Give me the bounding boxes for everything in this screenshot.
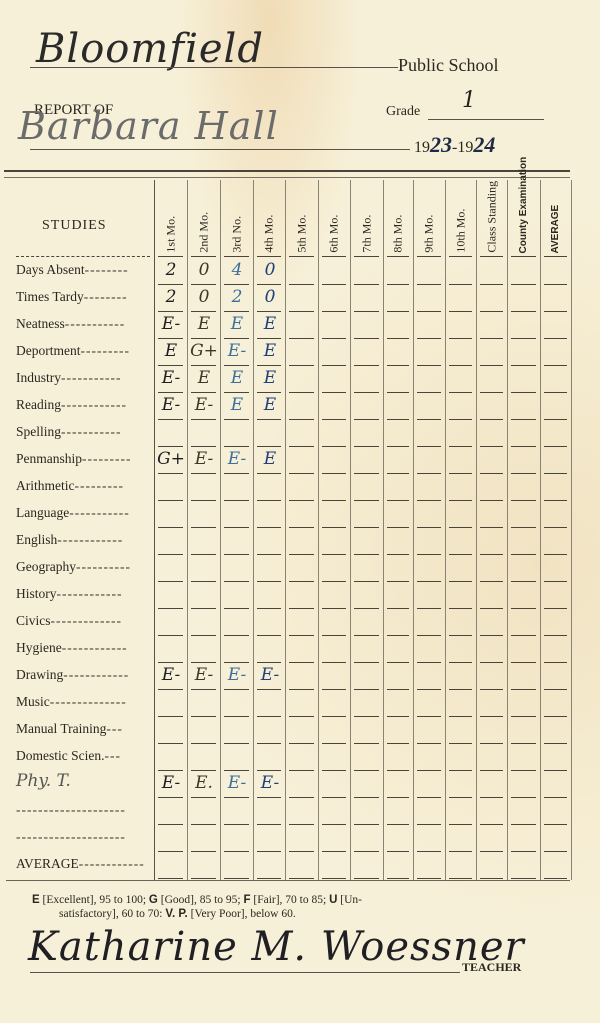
cell-rule [511,662,536,663]
legend-line: satisfactory], 60 to 70: V. P. [Very Poo… [32,907,552,921]
cell-rule [417,689,441,690]
row-label: -------------------- [16,802,126,818]
cell-rule [354,689,379,690]
cell-rule [417,284,441,285]
cell-rule [191,716,216,717]
grade-mark: 2 [156,260,186,280]
cell-rule [289,770,314,771]
cell-rule [158,311,183,312]
cell-rule [257,473,281,474]
cell-rule [158,365,183,366]
cell-rule [257,824,281,825]
grade-mark: 2 [156,287,186,307]
cell-rule [257,635,281,636]
cell-rule [544,797,567,798]
cell-rule [387,797,409,798]
cell-rule [354,797,379,798]
cell-rule [224,446,249,447]
row-label: Manual Training--- [16,721,123,737]
cell-rule [224,365,249,366]
grid-column-divider [571,180,572,880]
cell-rule [224,284,249,285]
row-label: Times Tardy-------- [16,289,128,305]
cell-rule [544,608,567,609]
cell-rule [158,743,183,744]
leader-dots: --- [106,721,123,736]
row-label-text: Drawing [16,667,63,682]
cell-rule [449,554,472,555]
header-rule-thin [4,177,570,178]
grid-column-divider [507,180,508,880]
header-cell-rule [322,256,346,257]
cell-rule [158,851,183,852]
leader-dots: ------------ [63,667,129,682]
header-cell-rule [257,256,281,257]
cell-rule [511,716,536,717]
cell-rule [480,338,503,339]
cell-rule [544,500,567,501]
cell-rule [158,338,183,339]
column-header-label: 10th Mo. [454,209,467,253]
cell-rule [257,311,281,312]
cell-rule [449,635,472,636]
cell-rule [511,608,536,609]
cell-rule [417,527,441,528]
row-label-text: Language [16,505,69,520]
header-cell-rule [387,256,409,257]
leader-dots: --- [104,748,121,763]
cell-rule [158,662,183,663]
cell-rule [544,419,567,420]
cell-rule [322,716,346,717]
column-header-label: 2nd Mo. [197,212,210,253]
header-cell-rule [544,256,567,257]
grid-bottom-rule [6,880,570,881]
grade-mark: E [189,368,219,388]
cell-rule [417,770,441,771]
legend-grade-code: F [243,894,250,906]
row-label-text: Reading [16,397,61,412]
grade-mark: E [222,314,252,334]
row-label-text: Penmanship [16,451,82,466]
cell-rule [158,392,183,393]
row-label-text: Domestic Scien. [16,748,104,763]
cell-rule [449,284,472,285]
cell-rule [322,419,346,420]
cell-rule [354,338,379,339]
cell-rule [417,635,441,636]
legend-grade-desc: [Very Poor], below 60. [188,908,296,920]
row-label: Geography---------- [16,559,131,575]
row-label-text: Phy. T. [16,771,71,791]
grid-column-divider [220,180,221,880]
grade-mark: 4 [222,260,252,280]
cell-rule [354,608,379,609]
cell-rule [322,446,346,447]
grade-mark: E [189,314,219,334]
cell-rule [158,797,183,798]
grade-mark: 0 [189,260,219,280]
cell-rule [289,662,314,663]
cell-rule [289,581,314,582]
legend-line: E [Excellent], 95 to 100; G [Good], 85 t… [32,893,552,907]
cell-rule [224,500,249,501]
cell-rule [257,446,281,447]
cell-rule [289,365,314,366]
school-name-line [30,67,398,68]
row-label-text: Hygiene [16,640,62,655]
student-name-handwritten: Barbara Hall [18,104,279,148]
row-label: Neatness----------- [16,316,125,332]
cell-rule [544,527,567,528]
row-label-text: Days Absent [16,262,85,277]
cell-rule [417,473,441,474]
cell-rule [417,743,441,744]
cell-rule [257,851,281,852]
grade-label: Grade [386,104,420,120]
cell-rule [417,878,441,879]
cell-rule [449,770,472,771]
grade-mark: E- [255,773,285,793]
row-label-text: Arithmetic [16,478,74,493]
grid-column-divider [253,180,254,880]
cell-rule [158,824,183,825]
legend-grade-desc: [Un- [337,894,362,906]
cell-rule [289,500,314,501]
leader-dots: --------- [80,343,129,358]
cell-rule [417,824,441,825]
column-header: 4th Mo. [253,180,285,255]
cell-rule [417,446,441,447]
row-label: Industry----------- [16,370,121,386]
grade-mark: 0 [189,287,219,307]
leader-dots: ------------ [61,397,127,412]
cell-rule [480,473,503,474]
cell-rule [511,770,536,771]
grade-mark: E- [222,665,252,685]
legend-grade-desc: [Fair], 70 to 85; [251,894,330,906]
cell-rule [257,743,281,744]
cell-rule [158,419,183,420]
cell-rule [289,284,314,285]
cell-rule [224,797,249,798]
row-label-text: Times Tardy [16,289,84,304]
cell-rule [480,392,503,393]
cell-rule [449,662,472,663]
cell-rule [158,635,183,636]
cell-rule [191,392,216,393]
cell-rule [387,743,409,744]
row-label: Hygiene------------ [16,640,128,656]
cell-rule [224,689,249,690]
row-label: Civics------------- [16,613,122,629]
cell-rule [417,311,441,312]
cell-rule [354,446,379,447]
grade-mark: E- [222,773,252,793]
cell-rule [387,419,409,420]
cell-rule [544,743,567,744]
cell-rule [289,851,314,852]
cell-rule [191,338,216,339]
row-label-text: Neatness [16,316,65,331]
grade-mark: 0 [255,287,285,307]
cell-rule [354,392,379,393]
leader-dots: ----------- [69,505,129,520]
header-cell-rule [449,256,472,257]
row-label-text: Spelling [16,424,61,439]
header-cell-rule [354,256,379,257]
cell-rule [322,392,346,393]
cell-rule [387,824,409,825]
teacher-signature: Katharine M. Woessner [28,924,525,970]
cell-rule [544,284,567,285]
cell-rule [387,689,409,690]
cell-rule [191,851,216,852]
cell-rule [322,500,346,501]
grade-mark: E- [156,773,186,793]
cell-rule [417,365,441,366]
cell-rule [322,581,346,582]
column-header: 1st Mo. [154,180,187,255]
cell-rule [449,392,472,393]
cell-rule [158,554,183,555]
grade-value: 1 [462,88,476,113]
cell-rule [387,662,409,663]
cell-rule [417,338,441,339]
cell-rule [511,365,536,366]
cell-rule [191,446,216,447]
column-header: AVERAGE [540,180,571,255]
cell-rule [511,311,536,312]
cell-rule [449,419,472,420]
cell-rule [544,770,567,771]
cell-rule [322,554,346,555]
cell-rule [224,716,249,717]
cell-rule [191,284,216,285]
leader-dots: -------------- [50,694,127,709]
leader-dots: -------- [84,289,128,304]
grade-mark: E- [156,665,186,685]
cell-rule [480,581,503,582]
row-label-text: English [16,532,57,547]
cell-rule [322,797,346,798]
cell-rule [322,365,346,366]
grid-column-divider [318,180,319,880]
cell-rule [257,770,281,771]
cell-rule [158,689,183,690]
cell-rule [191,527,216,528]
row-label-text: Deportment [16,343,80,358]
cell-rule [224,473,249,474]
cell-rule [224,392,249,393]
cell-rule [191,473,216,474]
leader-dots: ------------ [57,532,123,547]
cell-rule [289,743,314,744]
cell-rule [544,689,567,690]
cell-rule [544,392,567,393]
cell-rule [354,635,379,636]
cell-rule [417,797,441,798]
cell-rule [544,824,567,825]
cell-rule [257,608,281,609]
cell-rule [387,500,409,501]
grade-mark: E- [156,368,186,388]
cell-rule [158,770,183,771]
cell-rule [387,392,409,393]
cell-rule [191,608,216,609]
grid-column-divider [187,180,188,880]
cell-rule [511,554,536,555]
row-label: Deportment--------- [16,343,130,359]
header-cell-rule [417,256,441,257]
grade-mark: E [222,368,252,388]
cell-rule [322,878,346,879]
cell-rule [289,554,314,555]
school-name-handwritten: Bloomfield [36,26,264,72]
cell-rule [289,446,314,447]
year-start: 23 [430,132,452,157]
cell-rule [480,743,503,744]
header-cell-rule [289,256,314,257]
cell-rule [511,338,536,339]
grid-column-divider [476,180,477,880]
cell-rule [449,500,472,501]
grid-column-divider [413,180,414,880]
cell-rule [257,581,281,582]
cell-rule [544,365,567,366]
cell-rule [354,284,379,285]
cell-rule [257,716,281,717]
cell-rule [480,554,503,555]
cell-rule [322,824,346,825]
grading-legend: E [Excellent], 95 to 100; G [Good], 85 t… [32,893,552,921]
column-header: County Examination [507,180,540,255]
cell-rule [289,419,314,420]
grade-line [428,119,544,120]
legend-grade-code: E [32,894,40,906]
cell-rule [480,527,503,528]
cell-rule [480,419,503,420]
cell-rule [480,608,503,609]
cell-rule [544,338,567,339]
cell-rule [191,824,216,825]
header-cell-rule [480,256,503,257]
cell-rule [354,473,379,474]
cell-rule [449,716,472,717]
cell-rule [511,743,536,744]
cell-rule [158,500,183,501]
cell-rule [387,284,409,285]
legend-grade-code: V. P. [165,908,187,920]
cell-rule [449,797,472,798]
grade-mark: E. [189,773,219,793]
cell-rule [354,365,379,366]
grade-mark: E [156,341,186,361]
cell-rule [511,689,536,690]
cell-rule [257,878,281,879]
cell-rule [417,581,441,582]
cell-rule [511,797,536,798]
column-header-label: 1st Mo. [164,216,177,253]
cell-rule [511,527,536,528]
cell-rule [158,581,183,582]
cell-rule [387,878,409,879]
grid-column-divider [383,180,384,880]
row-label: -------------------- [16,829,126,845]
cell-rule [480,500,503,501]
cell-rule [257,797,281,798]
cell-rule [511,824,536,825]
cell-rule [224,851,249,852]
cell-rule [257,554,281,555]
column-header: Class Standing [476,180,507,255]
cell-rule [511,392,536,393]
grade-mark: 2 [222,287,252,307]
grade-mark: E [222,395,252,415]
cell-rule [224,419,249,420]
cell-rule [322,770,346,771]
studies-header-rule [16,256,150,257]
cell-rule [387,473,409,474]
leader-dots: -------------------- [16,802,126,817]
grid-column-divider [445,180,446,880]
leader-dots: ------------- [51,613,122,628]
cell-rule [387,554,409,555]
cell-rule [191,878,216,879]
cell-rule [449,338,472,339]
cell-rule [511,878,536,879]
grade-mark: E- [156,314,186,334]
cell-rule [289,689,314,690]
header-cell-rule [224,256,249,257]
cell-rule [511,419,536,420]
cell-rule [322,311,346,312]
cell-rule [257,365,281,366]
column-header-label: 3rd No. [230,216,243,253]
cell-rule [544,554,567,555]
header-cell-rule [191,256,216,257]
grade-mark: E [255,341,285,361]
cell-rule [322,662,346,663]
cell-rule [354,581,379,582]
cell-rule [322,635,346,636]
cell-rule [224,824,249,825]
cell-rule [417,608,441,609]
row-label: English------------ [16,532,123,548]
cell-rule [387,770,409,771]
leader-dots: ------------ [62,640,128,655]
column-header-label: 5th Mo. [295,215,308,253]
cell-rule [354,716,379,717]
cell-rule [544,716,567,717]
cell-rule [289,473,314,474]
cell-rule [511,851,536,852]
grade-mark: E [255,395,285,415]
cell-rule [449,473,472,474]
cell-rule [449,878,472,879]
cell-rule [322,743,346,744]
cell-rule [511,473,536,474]
cell-rule [387,311,409,312]
row-label-text: History [16,586,57,601]
student-name-line [30,149,410,150]
cell-rule [417,500,441,501]
grade-mark: E [255,368,285,388]
cell-rule [354,527,379,528]
grid-column-divider [285,180,286,880]
cell-rule [544,473,567,474]
cell-rule [387,851,409,852]
